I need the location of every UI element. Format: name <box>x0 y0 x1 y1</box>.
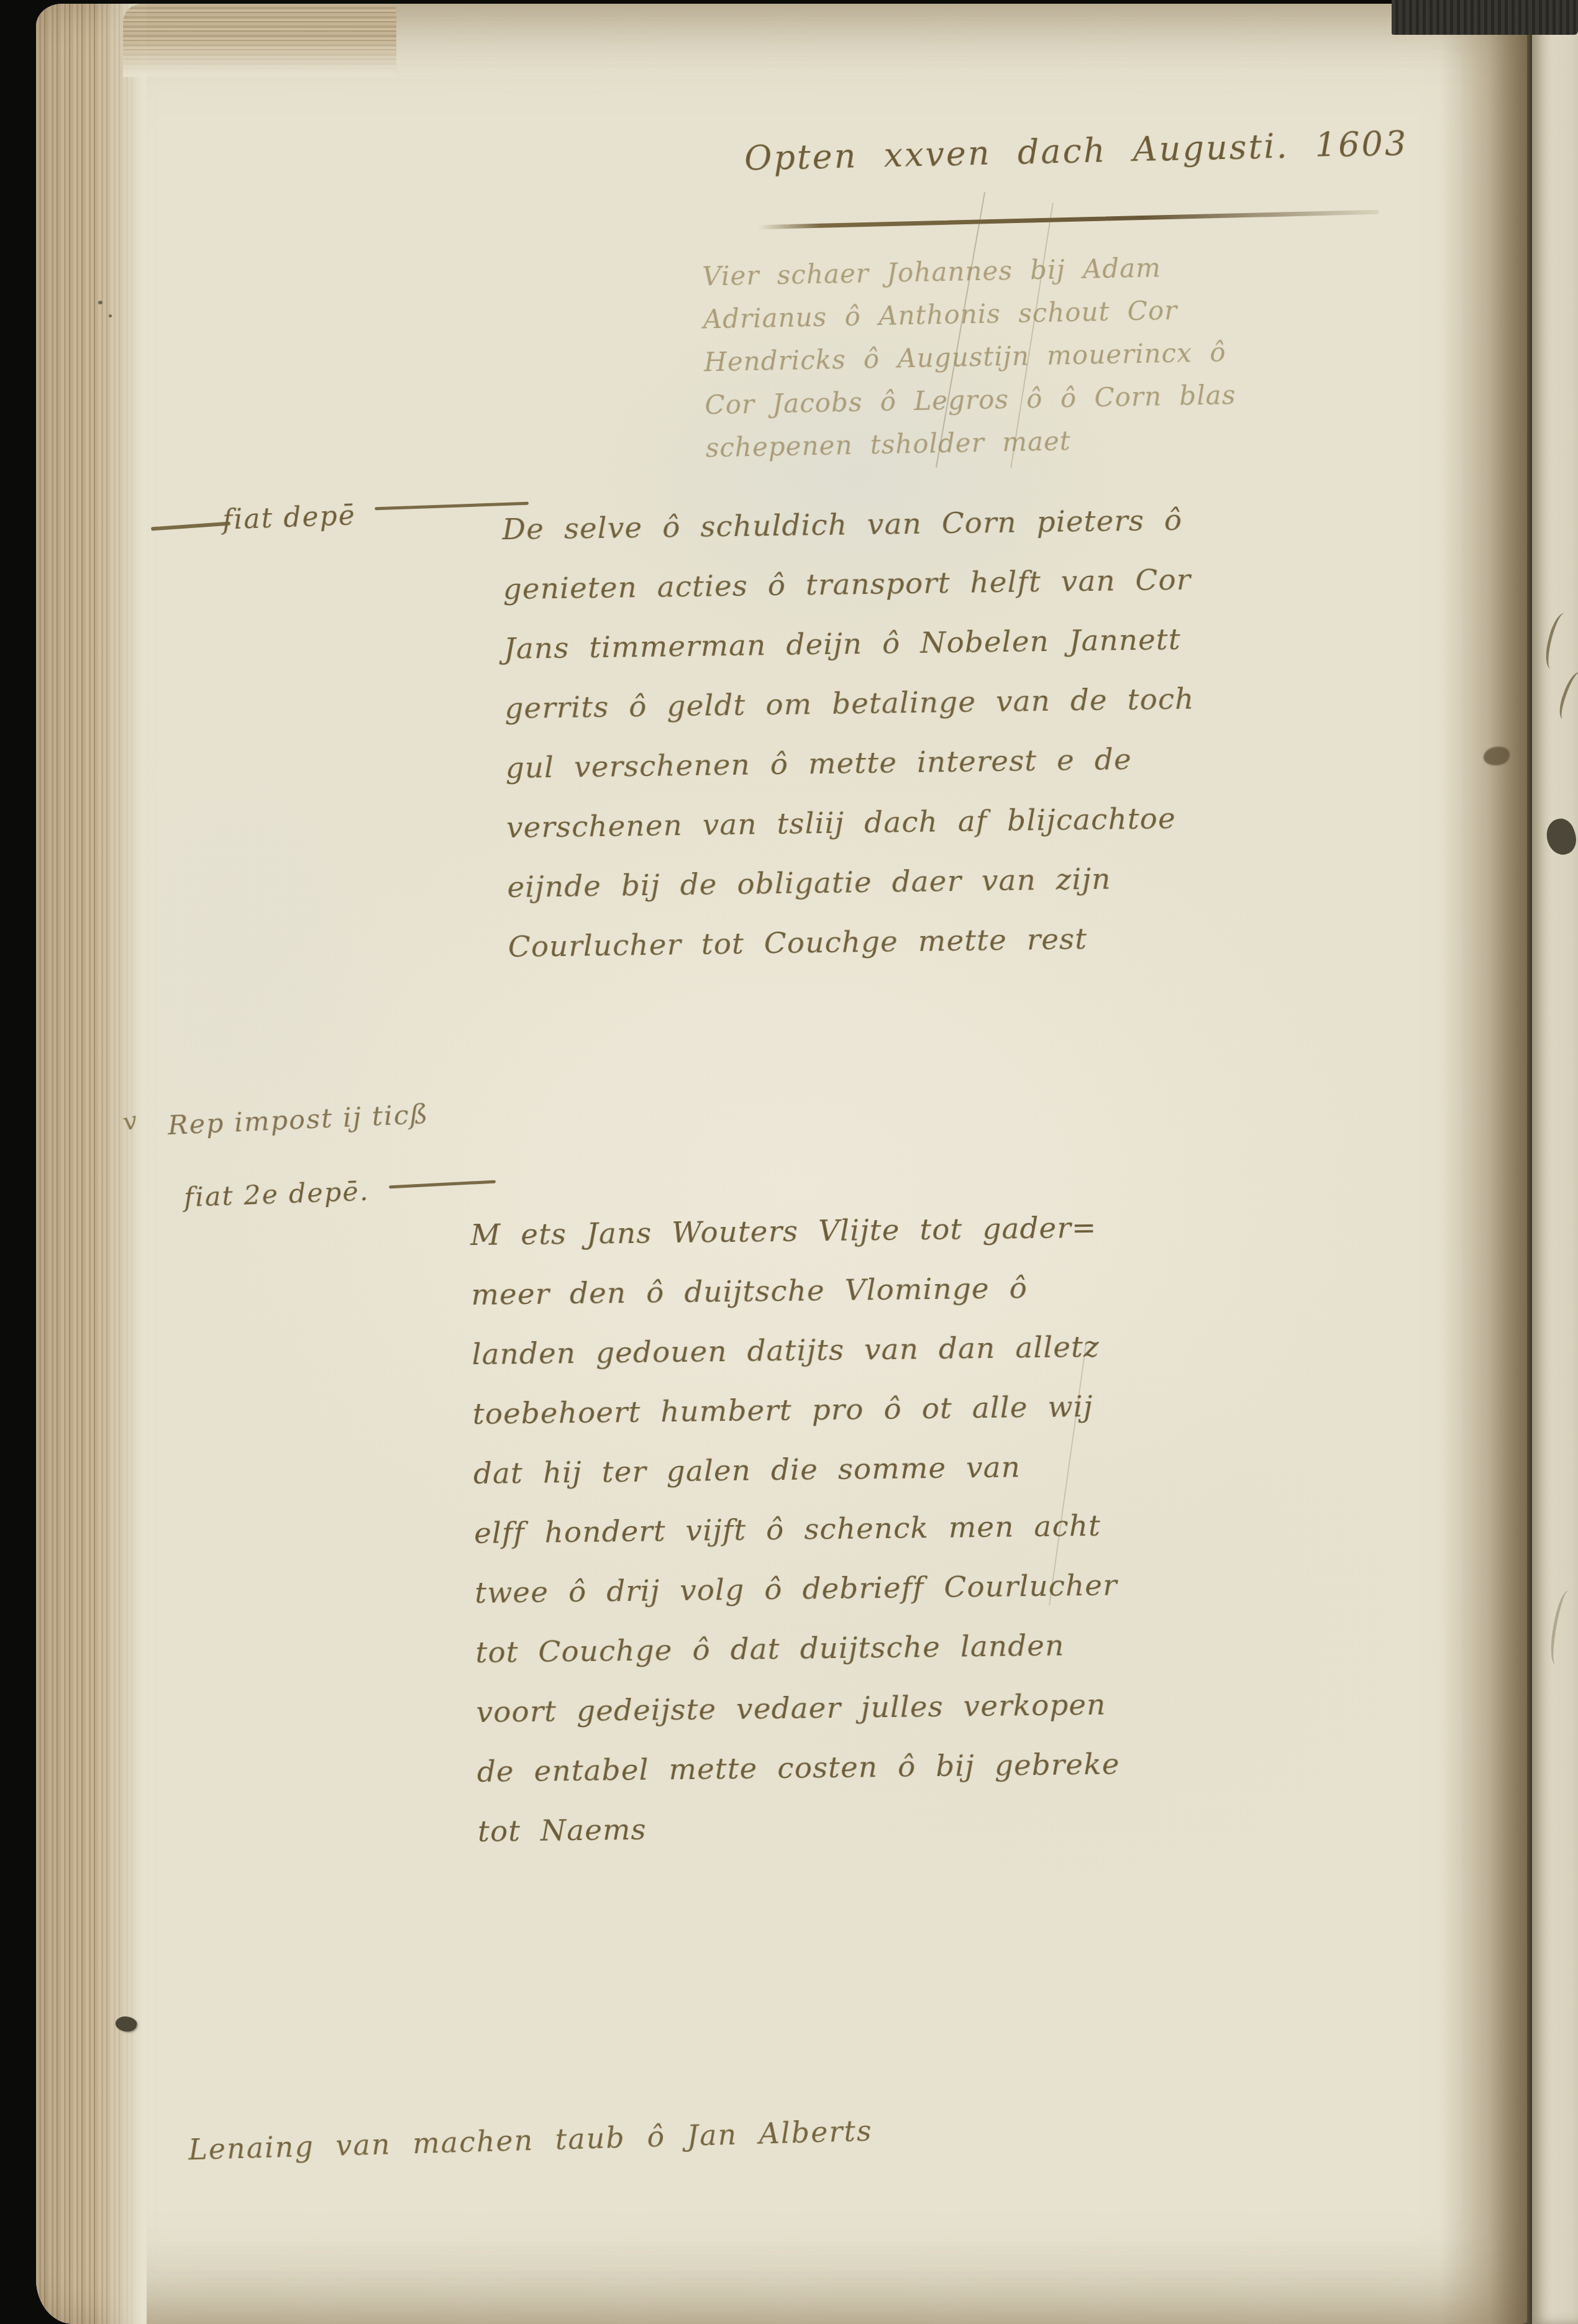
gutter-crease <box>1527 0 1532 2324</box>
attendance-note: Vier schaer Johannes bij AdamAdrianus ô … <box>702 240 1513 470</box>
heading-underline-stroke <box>758 210 1379 229</box>
scan-root: { "document": { "kind": "handwritten-reg… <box>0 0 1578 2324</box>
margin-note-fiat-1: fiat depē <box>222 499 356 535</box>
entry-1-body: De selve ô schuldich van Corn pieters ôg… <box>502 486 1503 977</box>
margin-overline-stroke <box>389 1180 496 1189</box>
page-edge-texture-top <box>123 4 396 77</box>
margin-note-impost: Rep impost ij ticß <box>167 1099 429 1141</box>
paper-speck <box>98 301 103 304</box>
binding-cloth-top <box>1392 0 1578 35</box>
footer-line: Lenaing van machen taub ô Jan Alberts <box>188 2114 873 2167</box>
manuscript-page: Opten xxven dach Augusti. 1603 Vier scha… <box>36 4 1530 2324</box>
next-page-sliver <box>1532 0 1578 2324</box>
entry-2-body: M ets Jans Wouters Vlijte tot gader=meer… <box>470 1193 1503 1862</box>
page-edge-texture-left <box>36 4 147 2324</box>
paper-speck <box>109 314 112 317</box>
date-heading: Opten xxven dach Augusti. 1603 <box>744 124 1428 178</box>
gutter-shadow <box>1440 4 1530 2324</box>
margin-dash-stroke <box>151 522 230 531</box>
handwritten-line: tot Naems <box>477 1790 1503 1862</box>
margin-note-fiat-2: fiat 2e depē. <box>183 1176 370 1213</box>
